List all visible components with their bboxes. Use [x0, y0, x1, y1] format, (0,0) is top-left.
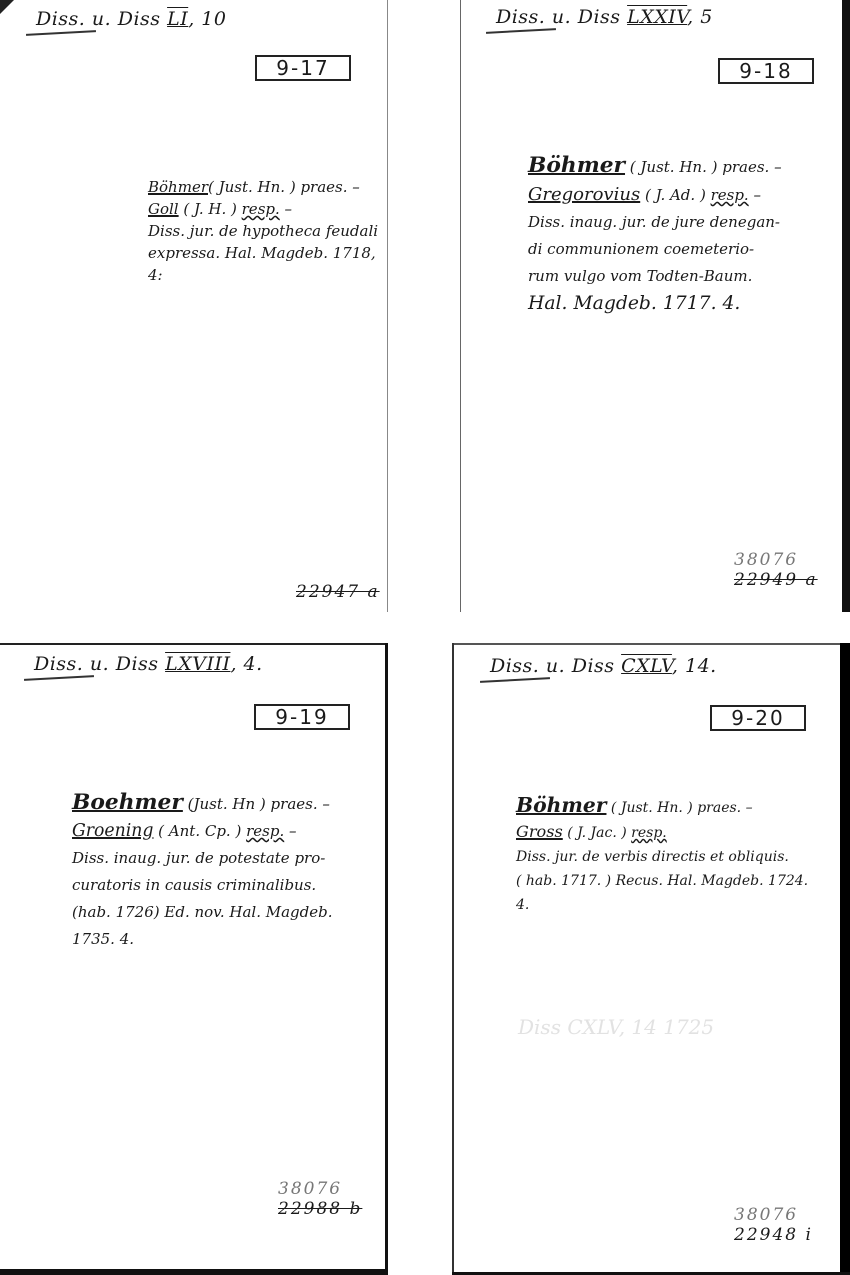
- card-edge: [385, 643, 388, 1275]
- card-id-box: 9-19: [254, 704, 350, 730]
- card-edge: [0, 1269, 388, 1275]
- catalog-card-9-18: Diss. u. Diss LXXIV, 5 9-18 Böhmer ( Jus…: [460, 0, 850, 612]
- card-edge: [452, 643, 454, 1275]
- entry-line-imprint: (hab. 1726) Ed. nov. Hal. Magdeb.: [72, 899, 333, 926]
- accession-number: 38076 22988 b: [278, 1179, 362, 1219]
- entry-line-imprint: Hal. Magdeb. 1717. 4.: [528, 290, 782, 317]
- catalog-card-9-19: Diss. u. Diss LXVIII, 4. 9-19 Boehmer (J…: [0, 643, 388, 1275]
- entry-line-praeses: Böhmer( Just. Hn. ) praes. –: [148, 176, 378, 198]
- bibliographic-entry: Böhmer ( Just. Hn. ) praes. – Gross ( J.…: [516, 793, 808, 917]
- entry-line-respondent: Goll ( J. H. ) resp. –: [148, 198, 378, 220]
- torn-corner: [0, 0, 14, 14]
- shelfmark: Diss. u. Diss LI, 10: [36, 8, 226, 30]
- shelfmark: Diss. u. Diss CXLV, 14.: [490, 655, 717, 677]
- card-edge: [842, 0, 850, 612]
- entry-line-respondent: Gross ( J. Jac. ) resp.: [516, 820, 808, 845]
- card-id-box: 9-18: [718, 58, 814, 84]
- bibliographic-entry: Böhmer( Just. Hn. ) praes. – Goll ( J. H…: [148, 176, 378, 286]
- accession-number: 38076 22948 i: [734, 1205, 813, 1245]
- entry-line-title: Diss. inaug. jur. de jure denegan-: [528, 209, 782, 236]
- accession-number: 38076 22949 a: [734, 550, 818, 590]
- card-edge: [452, 643, 850, 645]
- card-edge: [0, 643, 388, 645]
- entry-line-title: rum vulgo vom Todten-Baum.: [528, 263, 782, 290]
- entry-line-format: 4:: [148, 264, 378, 286]
- card-edge: [460, 0, 461, 612]
- card-id-box: 9-20: [710, 705, 806, 731]
- entry-line-praeses: Boehmer (Just. Hn ) praes. –: [72, 789, 333, 818]
- entry-line-format: 1735. 4.: [72, 926, 333, 953]
- bibliographic-entry: Boehmer (Just. Hn ) praes. – Groening ( …: [72, 789, 333, 953]
- entry-line-respondent: Groening ( Ant. Cp. ) resp. –: [72, 818, 333, 845]
- catalog-card-9-20: Diss. u. Diss CXLV, 14. 9-20 Böhmer ( Ju…: [452, 643, 850, 1275]
- entry-line-respondent: Gregorovius ( J. Ad. ) resp. –: [528, 181, 782, 209]
- accession-number: 22947 a: [296, 582, 380, 602]
- card-edge: [840, 643, 850, 1275]
- entry-line-title: di communionem coemeterio-: [528, 236, 782, 263]
- shelfmark: Diss. u. Diss LXXIV, 5: [496, 6, 713, 28]
- entry-line-praeses: Böhmer ( Just. Hn. ) praes. –: [516, 793, 808, 820]
- card-id-box: 9-17: [255, 55, 351, 81]
- entry-line-title: Diss. jur. de verbis directis et obliqui…: [516, 845, 808, 869]
- entry-line-imprint: ( hab. 1717. ) Recus. Hal. Magdeb. 1724.: [516, 869, 808, 893]
- entry-line-praeses: Böhmer ( Just. Hn. ) praes. –: [528, 152, 782, 181]
- catalog-card-9-17: Diss. u. Diss LI, 10 9-17 Böhmer( Just. …: [0, 0, 388, 612]
- bibliographic-entry: Böhmer ( Just. Hn. ) praes. – Gregoroviu…: [528, 152, 782, 317]
- entry-line-title: Diss. inaug. jur. de potestate pro-: [72, 845, 333, 872]
- bleed-through-text: Diss CXLV, 14 1725: [518, 1015, 714, 1039]
- card-edge: [387, 0, 388, 612]
- entry-line-title: curatoris in causis criminalibus.: [72, 872, 333, 899]
- entry-line-format: 4.: [516, 893, 808, 917]
- entry-line-title: Diss. jur. de hypotheca feudali: [148, 220, 378, 242]
- entry-line-title: expressa. Hal. Magdeb. 1718,: [148, 242, 378, 264]
- shelfmark: Diss. u. Diss LXVIII, 4.: [34, 653, 263, 675]
